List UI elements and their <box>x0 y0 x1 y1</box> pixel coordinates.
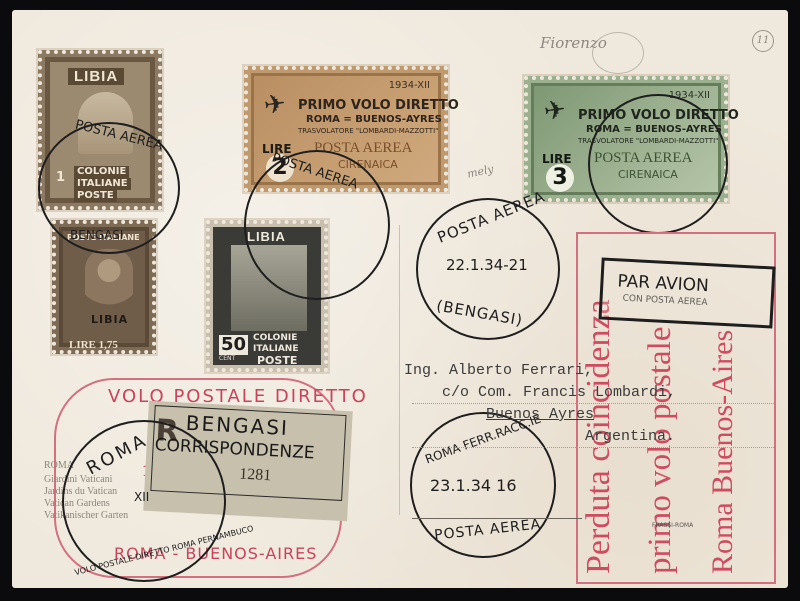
stamp-year: 1934-XII <box>389 80 430 91</box>
address-line-2: c/o Com. Francis Lombardi, <box>442 384 676 401</box>
address-line-3: Buenos Ayres <box>486 406 594 423</box>
postmark-date: 23.1.34 16 <box>430 476 517 495</box>
postcard: Fiorenzo 11 mely LIBIA 1 COLONIE ITALIAN… <box>12 10 788 588</box>
postmark-top-text: ROMA <box>83 430 152 480</box>
postmark-date: 22.1.34-21 <box>446 256 528 274</box>
stamp-overprint: LIBIA <box>91 313 128 326</box>
address-rule <box>412 518 582 519</box>
postmark-bengasi-top: POSTA AEREA BENGASI <box>38 122 180 254</box>
postmark-roma-ferrovia: ROMA FERR.RACC.IE 23.1.34 16 POSTA AEREA <box>410 412 556 558</box>
postmark-top-text: POSTA AEREA <box>270 151 360 193</box>
airplane-icon: ✈ <box>262 89 288 122</box>
postmark-bottom-text: POSTA AEREA <box>433 516 542 543</box>
card-divider <box>399 225 400 515</box>
stamp-line: POSTE <box>257 355 297 367</box>
stamp-value: 50 <box>219 335 248 355</box>
stamp-route: ROMA = BUENOS-AYRES <box>306 114 442 125</box>
cachet-line-2: primo volo postale <box>642 327 679 574</box>
stamp-header: LIBIA <box>68 68 124 85</box>
pencil-scribble <box>592 32 644 74</box>
cachet-line-3: Roma Buenos-Aires <box>706 330 740 574</box>
stamp-portrait <box>85 249 133 321</box>
stamp-line: COLONIE <box>253 333 297 344</box>
pencil-mark: mely <box>466 162 495 180</box>
postmark-roma-flight: ROMA XII VOLO POSTALE DIRETTO ROMA PERNA… <box>62 420 226 582</box>
pencil-number: 11 <box>752 30 774 52</box>
printer-imprint: FRASSI-ROMA <box>652 522 693 529</box>
postmark-posta-aerea-bengasi: POSTA AEREA 22.1.34-21 (BENGASI) <box>416 198 560 340</box>
stamp-value: LIRE 1,75 <box>69 339 118 351</box>
address-line-1: Ing. Alberto Ferrari, <box>404 362 593 379</box>
address-rule <box>412 403 774 404</box>
postmark-bottom-text: (BENGASI) <box>435 297 524 330</box>
airplane-icon: ✈ <box>542 95 568 128</box>
postmark-bottom-text: BENGASI <box>70 228 123 242</box>
postmark-date: XII <box>134 490 149 504</box>
stamp-aviators: TRASVOLATORE "LOMBARDI-MAZZOTTI" <box>298 127 438 135</box>
stamp-value: 3 <box>546 164 574 192</box>
postmark-bengasi-overlap: POSTA AEREA <box>244 150 390 300</box>
stamp-unit: CENT <box>219 355 235 362</box>
postmark-top-text: POSTA AEREA <box>435 187 548 247</box>
cachet-top-text: VOLO POSTALE DIRETTO <box>108 386 368 407</box>
postmark-bengasi-stamp3 <box>588 94 728 234</box>
address-rule <box>412 447 774 448</box>
par-avion-line2: CON POSTA AEREA <box>622 294 707 308</box>
address-line-4: Argentina. <box>585 428 675 445</box>
cachet-par-avion: PAR AVION CON POSTA AEREA <box>598 257 775 328</box>
registration-number: 1281 <box>239 466 272 486</box>
stamp-title: PRIMO VOLO DIRETTO <box>298 98 459 113</box>
par-avion-line1: PAR AVION <box>617 271 709 296</box>
